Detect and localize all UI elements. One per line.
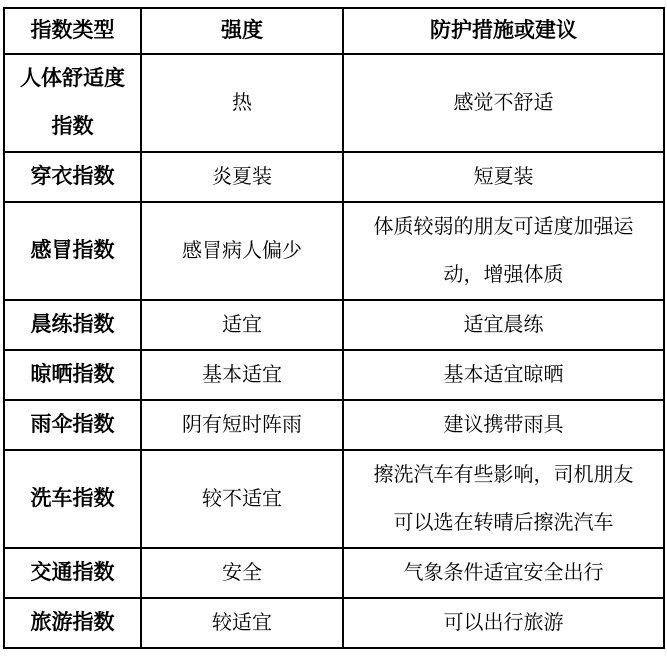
table-row: 交通指数安全气象条件适宜安全出行 <box>4 548 664 598</box>
advice-cell: 基本适宜晾晒 <box>343 350 664 400</box>
strength-cell: 较适宜 <box>141 598 343 648</box>
table-row: 穿衣指数炎夏装短夏装 <box>4 152 664 202</box>
index-type-cell: 穿衣指数 <box>4 152 141 202</box>
table-row: 旅游指数较适宜可以出行旅游 <box>4 598 664 648</box>
life-index-table: 指数类型 强度 防护措施或建议 人体舒适度指数热感觉不舒适穿衣指数炎夏装短夏装感… <box>3 7 665 649</box>
table-row: 洗车指数较不适宜擦洗汽车有些影响，司机朋友可以选在转晴后擦洗汽车 <box>4 450 664 548</box>
header-row: 指数类型 强度 防护措施或建议 <box>4 8 664 54</box>
strength-cell: 较不适宜 <box>141 450 343 548</box>
table-head: 指数类型 强度 防护措施或建议 <box>4 8 664 54</box>
index-type-cell: 晾晒指数 <box>4 350 141 400</box>
strength-cell: 热 <box>141 54 343 152</box>
index-type-cell: 晨练指数 <box>4 300 141 350</box>
document-page: 指数类型 强度 防护措施或建议 人体舒适度指数热感觉不舒适穿衣指数炎夏装短夏装感… <box>0 0 667 649</box>
index-type-cell: 旅游指数 <box>4 598 141 648</box>
advice-cell: 建议携带雨具 <box>343 400 664 450</box>
strength-cell: 适宜 <box>141 300 343 350</box>
table-row: 人体舒适度指数热感觉不舒适 <box>4 54 664 152</box>
advice-cell: 适宜晨练 <box>343 300 664 350</box>
advice-cell: 感觉不舒适 <box>343 54 664 152</box>
index-type-cell: 人体舒适度指数 <box>4 54 141 152</box>
table-row: 晨练指数适宜适宜晨练 <box>4 300 664 350</box>
strength-cell: 炎夏装 <box>141 152 343 202</box>
strength-cell: 安全 <box>141 548 343 598</box>
strength-cell: 感冒病人偏少 <box>141 202 343 300</box>
advice-cell: 短夏装 <box>343 152 664 202</box>
header-strength: 强度 <box>141 8 343 54</box>
strength-cell: 阴有短时阵雨 <box>141 400 343 450</box>
table-row: 晾晒指数基本适宜基本适宜晾晒 <box>4 350 664 400</box>
index-type-cell: 交通指数 <box>4 548 141 598</box>
table-row: 雨伞指数阴有短时阵雨建议携带雨具 <box>4 400 664 450</box>
advice-cell: 体质较弱的朋友可适度加强运动，增强体质 <box>343 202 664 300</box>
table-row: 感冒指数感冒病人偏少体质较弱的朋友可适度加强运动，增强体质 <box>4 202 664 300</box>
index-type-cell: 感冒指数 <box>4 202 141 300</box>
advice-cell: 可以出行旅游 <box>343 598 664 648</box>
advice-cell: 气象条件适宜安全出行 <box>343 548 664 598</box>
index-type-cell: 雨伞指数 <box>4 400 141 450</box>
index-type-cell: 洗车指数 <box>4 450 141 548</box>
advice-cell: 擦洗汽车有些影响，司机朋友可以选在转晴后擦洗汽车 <box>343 450 664 548</box>
strength-cell: 基本适宜 <box>141 350 343 400</box>
header-advice: 防护措施或建议 <box>343 8 664 54</box>
header-index-type: 指数类型 <box>4 8 141 54</box>
table-body: 人体舒适度指数热感觉不舒适穿衣指数炎夏装短夏装感冒指数感冒病人偏少体质较弱的朋友… <box>4 54 664 648</box>
